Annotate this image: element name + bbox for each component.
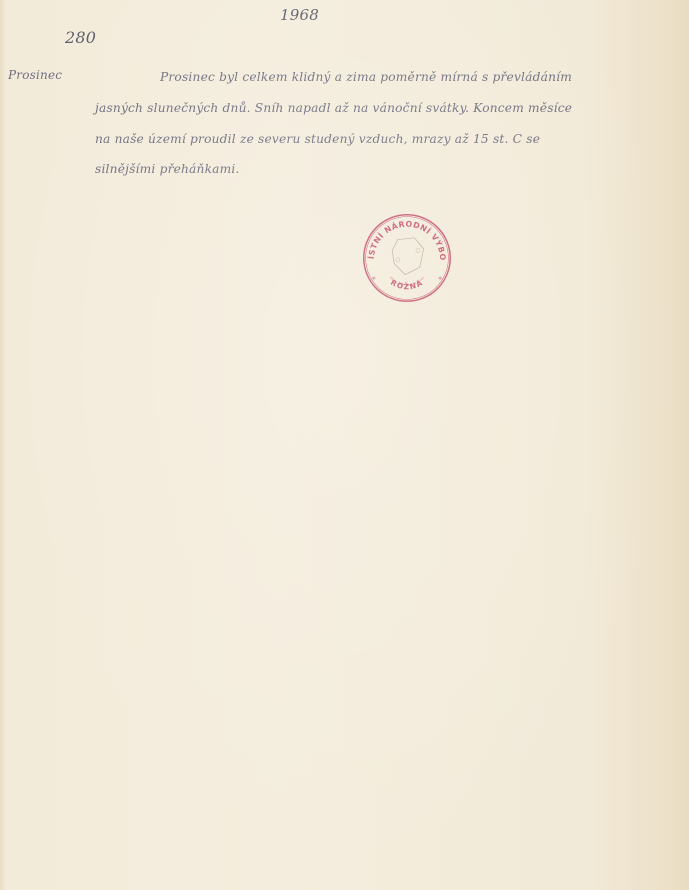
svg-text:MÍSTNÍ NÁRODNÍ VÝBOR: MÍSTNÍ NÁRODNÍ VÝBOR	[361, 212, 447, 261]
text-line: jasných slunečných dnů. Sníh napadl až n…	[95, 101, 572, 115]
scanned-page: 1968 280 Prosinec Prosinec byl celkem kl…	[0, 0, 689, 890]
text-line: Prosinec byl celkem klidný a zima poměrn…	[160, 70, 572, 84]
page-number: 280	[65, 28, 96, 47]
svg-text:*: *	[438, 275, 442, 284]
stamp-seal-icon: MÍSTNÍ NÁRODNÍ VÝBOR ROŽNÁ okres Žďár na…	[361, 212, 453, 304]
official-stamp: MÍSTNÍ NÁRODNÍ VÝBOR ROŽNÁ okres Žďár na…	[361, 212, 453, 304]
margin-month-label: Prosinec	[8, 68, 62, 82]
text-line: na naše území proudil ze severu studený …	[95, 132, 540, 146]
year-heading: 1968	[280, 6, 319, 24]
text-line: silnějšími přeháňkami.	[95, 162, 240, 176]
svg-text:*: *	[372, 275, 376, 284]
